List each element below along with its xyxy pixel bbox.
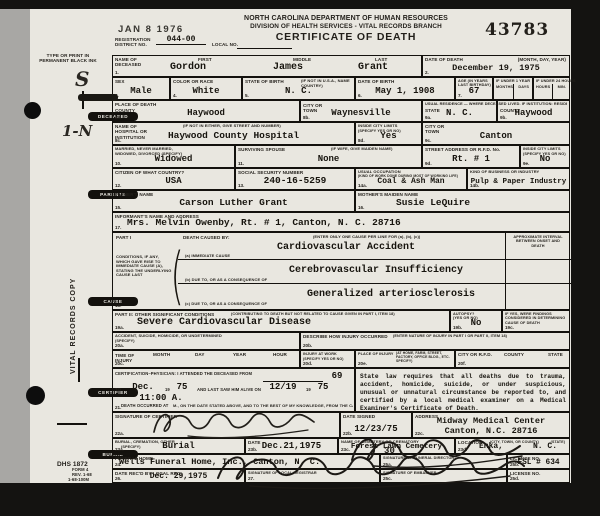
- street-label: STREET ADDRESS OR R.F.D. No.: [425, 147, 500, 152]
- field-residence-state: USUAL RESIDENCE — WHERE DECEASED LIVED. …: [422, 100, 497, 122]
- field-mother-name: MOTHER'S MAIDEN NAME Susie LeQuire 16.: [355, 190, 570, 212]
- injury-county-label: COUNTY: [504, 352, 524, 357]
- field-date-of-birth: DATE OF BIRTH May 1, 1908 6.: [355, 77, 455, 100]
- state-of-birth-label: STATE OF BIRTH: [245, 79, 284, 84]
- handwritten-stroke-2: [78, 358, 80, 382]
- hospital-sublabel: (IF NOT IN EITHER, GIVE STREET AND NUMBE…: [183, 124, 281, 129]
- residence-county-value: Haywood: [498, 108, 569, 118]
- certificate-number: 43783: [485, 20, 549, 40]
- ssn-number: 13.: [238, 183, 244, 188]
- age-number: 7.: [458, 93, 462, 98]
- residence-city-number: 9c.: [425, 138, 431, 143]
- field-age: AGE (IN YEARS LAST BIRTHDAY) 67 7.: [455, 77, 493, 100]
- field-date-of-death: DATE OF DEATH (MONTH, DAY, YEAR) Decembe…: [422, 55, 570, 77]
- field-residence-inside-city-limits: INSIDE CITY LIMITS (SPECIFY YES OR NO) N…: [520, 145, 570, 168]
- name-first-value: Gordon: [143, 62, 233, 73]
- mother-value: Susie LeQuire: [396, 197, 569, 208]
- industry-label: KIND OF BUSINESS OR INDUSTRY: [470, 170, 539, 175]
- small-received-stamp: [78, 94, 118, 101]
- place-of-injury-label: PLACE OF INJURY: [358, 352, 394, 356]
- sex-value: Male: [113, 86, 169, 96]
- field-father-name: FATHER'S NAME Carson Luther Grant 15.: [112, 190, 355, 212]
- residence-state-number: 9a.: [425, 115, 431, 120]
- field-place-of-death-county: PLACE OF DEATH COUNTY Haywood 8a.: [112, 100, 300, 122]
- conditions-note: CONDITIONS, IF ANY, WHICH GAVE RISE TO I…: [116, 255, 172, 278]
- location-state-value: N. C.: [525, 442, 565, 451]
- field-residence-county: COUNTY Haywood 9b.: [497, 100, 570, 122]
- place-city-number: 8b.: [303, 115, 310, 120]
- spouse-sublabel: (IF WIFE, GIVE MAIDEN NAME): [331, 147, 393, 152]
- place-county-number: 8a.: [115, 115, 121, 120]
- field-color-or-race: COLOR OR RACE White 4.: [170, 77, 242, 100]
- state-law-notice: State law requires that all deaths due t…: [355, 368, 570, 412]
- cert-to-month: Dec.: [125, 382, 161, 392]
- place-of-injury-number: 20e.: [358, 361, 367, 366]
- under1-divider: [513, 84, 514, 101]
- scanned-death-certificate: JAN 8 1976 REGISTRATION DISTRICT NO. 044…: [0, 0, 600, 516]
- industry-value: Pulp & Paper Industry: [468, 178, 569, 186]
- injury-day-label: DAY: [195, 352, 205, 357]
- time-of-injury-number: 20c.: [115, 361, 124, 366]
- accident-number: 20a.: [115, 343, 124, 348]
- under1-days-label: DAYS: [518, 85, 529, 89]
- race-value: White: [171, 86, 241, 96]
- field-industry: KIND OF BUSINESS OR INDUSTRY Pulp & Pape…: [467, 168, 570, 190]
- certification-intro: CERTIFICATION–PHYSICIAN: I ATTENDED THE …: [115, 372, 252, 377]
- residence-city-value: Canton: [423, 131, 569, 141]
- field-occupation: USUAL OCCUPATION (KIND OF WORK DONE DURI…: [355, 168, 467, 190]
- hospital-number: 8c.: [115, 138, 121, 143]
- citizen-value: USA: [113, 176, 234, 186]
- autopsy-number: 19b.: [453, 325, 462, 330]
- field-other-significant-conditions: PART II: OTHER SIGNIFICANT CONDITIONS (C…: [112, 310, 450, 332]
- dod-label: DATE OF DEATH: [425, 57, 463, 62]
- occupation-value: Coal & Ash Man: [356, 177, 466, 186]
- field-residence-city: CITY OR TOWN Canton 9c.: [422, 122, 570, 145]
- stamp-30: 30: [384, 446, 395, 456]
- vital-records-copy-label: VITAL RECORDS COPY: [70, 284, 78, 374]
- res-inside-label: INSIDE CITY LIMITS: [523, 147, 561, 151]
- state-law-text: State law requires that all deaths due t…: [360, 373, 566, 413]
- res-inside-number: 9e.: [523, 161, 529, 166]
- address-line1: Midway Medical Center: [413, 416, 569, 426]
- under24-min-label: MIN.: [558, 85, 566, 89]
- field-place-of-death-city: CITY OR TOWN Waynesville 8b.: [300, 100, 422, 122]
- marital-value: Widowed: [113, 154, 234, 164]
- interval-line-1: [505, 259, 571, 260]
- place-city-value: Waynesville: [301, 108, 421, 118]
- cause-b-label: (b) DUE TO, OR AS A CONSEQUENCE OF: [185, 278, 267, 283]
- cert-from-year: 69: [325, 371, 349, 381]
- injury-hour-label: HOUR: [273, 352, 287, 357]
- registration-district-label: REGISTRATION DISTRICT NO.: [115, 37, 155, 48]
- field-citizen: CITIZEN OF WHAT COUNTRY? USA 12.: [112, 168, 235, 190]
- cert-saw-year: 75: [312, 382, 334, 392]
- cert-to-year: 75: [171, 382, 193, 392]
- place-of-death-label: PLACE OF DEATH: [115, 102, 156, 107]
- certifier-signature: [148, 406, 323, 440]
- scan-edge-right: [571, 0, 600, 516]
- cert-19b: 19: [306, 388, 311, 393]
- place-county-value: Haywood: [113, 108, 299, 118]
- name-last-value: Grant: [328, 62, 418, 73]
- place-of-injury-sublabel: (AT HOME, FARM, STREET, FACTORY, OFFICE …: [396, 352, 454, 364]
- cause-line-b: [178, 283, 506, 284]
- dob-value: May 1, 1908: [356, 86, 454, 96]
- form-id-line4: 1-68-100M: [68, 478, 89, 483]
- under24-divider: [552, 84, 553, 101]
- handwritten-stroke-3: [57, 423, 87, 425]
- spouse-label: SURVIVING SPOUSE: [238, 147, 285, 152]
- funeral-home-number: 24.: [115, 462, 121, 467]
- industry-number: 14b.: [470, 183, 479, 188]
- registrar-and-embalmer-signature: [210, 448, 530, 492]
- field-sex: SEX Male 3.: [112, 77, 170, 100]
- cert-saw-date: 12/19: [263, 382, 303, 392]
- field-marital-status: MARRIED, NEVER MARRIED, WIDOWED, DIVORCE…: [112, 145, 235, 168]
- field-informant: INFORMANT'S NAME AND ADDRESS Mrs. Melvin…: [112, 212, 570, 232]
- field-autopsy: AUTOPSY? (YES OR NO) No 19b.: [450, 310, 502, 332]
- under1-months-label: MONTHS: [496, 85, 513, 89]
- residence-county-number: 9b.: [500, 115, 507, 120]
- inside-city-value: Yes: [356, 131, 421, 141]
- interval-header: APPROXIMATE INTERVAL BETWEEN ONSET AND D…: [509, 235, 567, 248]
- part2-note: (CONTRIBUTING TO DEATH BUT NOT RELATED T…: [231, 312, 395, 316]
- race-label: COLOR OR RACE: [173, 79, 213, 84]
- death-caused-by-label: DEATH CAUSED BY:: [183, 235, 230, 240]
- field-if-under-24-hours: IF UNDER 24 HOURS HOURS MIN.: [533, 77, 570, 100]
- hole-punch-top: [24, 102, 41, 119]
- field-ssn: SOCIAL SECURITY NUMBER 240-16-5259 13.: [235, 168, 355, 190]
- field-street-address: STREET ADDRESS OR R.F.D. No. Rt. # 1 9d.: [422, 145, 520, 168]
- interval-line-2: [505, 283, 571, 284]
- date-received-number: 26.: [115, 476, 121, 481]
- field-name-of-deceased: NAME OF DECEASED FIRST MIDDLE LAST Gordo…: [112, 55, 422, 77]
- describe-injury-number: 20b.: [303, 343, 312, 348]
- field-describe-injury: DESCRIBE HOW INJURY OCCURRED (ENTER NATU…: [300, 332, 570, 350]
- occupation-number: 14a.: [358, 183, 367, 188]
- cert-time-value: 11:00 A.: [131, 393, 191, 403]
- father-number: 15.: [115, 205, 121, 210]
- residence-state-value: N. C.: [423, 108, 496, 118]
- hole-punch-bottom: [26, 386, 45, 405]
- part1-label: PART I: [116, 235, 131, 240]
- part2-value: Severe Cardiovascular Disease: [137, 317, 449, 328]
- injury-month-label: MONTH: [153, 352, 170, 357]
- scan-edge-top: [0, 0, 600, 9]
- name-middle-value: James: [243, 62, 333, 73]
- field-accident-suicide-homicide: ACCIDENT, SUICIDE, HOMICIDE, OR UNDETERM…: [112, 332, 300, 350]
- field-death-inside-city-limits: INSIDE CITY LIMITS (SPECIFY YES OR NO) Y…: [355, 122, 422, 145]
- field-if-under-1-year: IF UNDER 1 YEAR MONTHS DAYS: [493, 77, 533, 100]
- date-signed-label: DATE SIGNED: [343, 414, 375, 419]
- spouse-value: None: [236, 154, 421, 164]
- dob-number: 6.: [358, 93, 362, 98]
- under24-hours-label: HOURS: [536, 85, 550, 89]
- cert-to-label: TO: [115, 388, 121, 393]
- handwritten-s: S: [75, 67, 89, 91]
- sex-label: SEX: [115, 79, 125, 84]
- findings-label: IF YES, WERE FINDINGS CONSIDERED IN DETE…: [505, 312, 567, 325]
- cause-b-value: Cerebrovascular Insufficiency: [263, 265, 489, 276]
- citizen-number: 12.: [115, 183, 121, 188]
- interval-column-divider: [505, 233, 506, 311]
- certifier-signature-number: 22a.: [115, 431, 124, 436]
- inside-city-label: INSIDE CITY LIMITS: [358, 124, 398, 129]
- ssn-value: 240-16-5259: [236, 175, 354, 186]
- injury-location-number: 20f.: [458, 361, 466, 366]
- field-injury-at-work: INJURY AT WORK (SPECIFY YES OR NO) 20d.: [300, 350, 355, 368]
- race-number: 4.: [173, 93, 177, 98]
- one-cause-note: (ENTER ONLY ONE CAUSE PER LINE FOR (a), …: [313, 235, 420, 240]
- field-injury-location: CITY OR R.F.D. COUNTY STATE 20f.: [455, 350, 570, 368]
- field-state-of-birth: STATE OF BIRTH (IF NOT IN U.S.A., NAME C…: [242, 77, 355, 100]
- cause-a-label: (a) IMMEDIATE CAUSE: [185, 254, 230, 259]
- under1-label: IF UNDER 1 YEAR: [496, 79, 530, 83]
- citizen-label: CITIZEN OF WHAT COUNTRY?: [115, 170, 184, 175]
- field-time-of-injury: TIME OF INJURY MONTH DAY YEAR HOUR 20c.: [112, 350, 300, 368]
- findings-number: 19c.: [505, 325, 514, 330]
- dept-line2: DIVISION OF HEALTH SERVICES - VITAL RECO…: [226, 23, 466, 30]
- informant-number: 17.: [115, 225, 121, 230]
- cause-brace: (: [170, 239, 183, 312]
- injury-at-work-number: 20d.: [303, 361, 312, 366]
- field-hospital: NAME OF HOSPITAL OR INSTITUTION (IF NOT …: [112, 122, 355, 145]
- street-value: Rt. # 1: [423, 154, 519, 164]
- under24-label: IF UNDER 24 HOURS: [536, 79, 576, 83]
- father-value: Carson Luther Grant: [113, 197, 354, 208]
- injury-state-label: STATE: [548, 352, 563, 357]
- informant-value: Mrs. Melvin Owenby, Rt. # 1, Canton, N. …: [127, 217, 569, 228]
- injury-year-label: YEAR: [233, 352, 246, 357]
- describe-injury-label: DESCRIBE HOW INJURY OCCURRED: [303, 334, 388, 339]
- type-print-note: TYPE OR PRINT IN PERMANENT BLACK INK: [35, 53, 101, 64]
- dob-label: DATE OF BIRTH: [358, 79, 394, 84]
- mother-number: 16.: [358, 205, 364, 210]
- burial-type-number: 23a.: [115, 447, 124, 452]
- cert-saw-label: AND LAST SAW HIM ALIVE ON: [197, 388, 261, 393]
- certification-number: 21.: [115, 405, 121, 410]
- hospital-value: Haywood County Hospital: [113, 130, 354, 141]
- field-surviving-spouse: SURVIVING SPOUSE (IF WIFE, GIVE MAIDEN N…: [235, 145, 422, 168]
- cause-a-value: Cardiovascular Accident: [233, 242, 459, 253]
- cause-c-label: (c) DUE TO, OR AS A CONSEQUENCE OF: [185, 302, 267, 307]
- street-number: 9d.: [425, 161, 432, 166]
- dept-line1: NORTH CAROLINA DEPARTMENT OF HUMAN RESOU…: [226, 15, 466, 23]
- local-no-blank: [237, 48, 292, 49]
- dod-value: December 19, 1975: [423, 63, 569, 73]
- describe-injury-sublabel: (ENTER NATURE OF INJURY IN PART I OR PAR…: [393, 334, 507, 338]
- cause-of-death-section: PART I DEATH CAUSED BY: (ENTER ONLY ONE …: [112, 232, 570, 310]
- accident-label: ACCIDENT, SUICIDE, HOMICIDE, OR UNDETERM…: [115, 334, 222, 339]
- injury-city-label: CITY OR R.F.D.: [458, 352, 492, 357]
- field-findings-considered: IF YES, WERE FINDINGS CONSIDERED IN DETE…: [502, 310, 570, 332]
- state-of-birth-number: 5.: [245, 93, 249, 98]
- dod-number: 2.: [425, 70, 429, 75]
- injury-at-work-label: INJURY AT WORK: [303, 352, 337, 356]
- inside-city-number: 8d.: [358, 138, 365, 143]
- marital-number: 10.: [115, 161, 121, 166]
- state-of-birth-value: N. C.: [243, 86, 354, 96]
- cause-number: 18.: [115, 303, 121, 308]
- certificate-title: CERTIFICATE OF DEATH: [226, 31, 466, 43]
- dod-sublabel: (MONTH, DAY, YEAR): [518, 57, 566, 62]
- registration-district-number: 044-00: [156, 35, 206, 45]
- spouse-number: 11.: [238, 161, 244, 166]
- handwritten-1n: 1-N: [62, 122, 92, 140]
- part2-number: 19a.: [115, 325, 124, 330]
- cause-c-value: Generalized arteriosclerosis: [283, 289, 499, 300]
- cause-line-a: [178, 259, 506, 260]
- field-place-of-injury: PLACE OF INJURY (AT HOME, FARM, STREET, …: [355, 350, 455, 368]
- name-number: 1.: [115, 70, 119, 75]
